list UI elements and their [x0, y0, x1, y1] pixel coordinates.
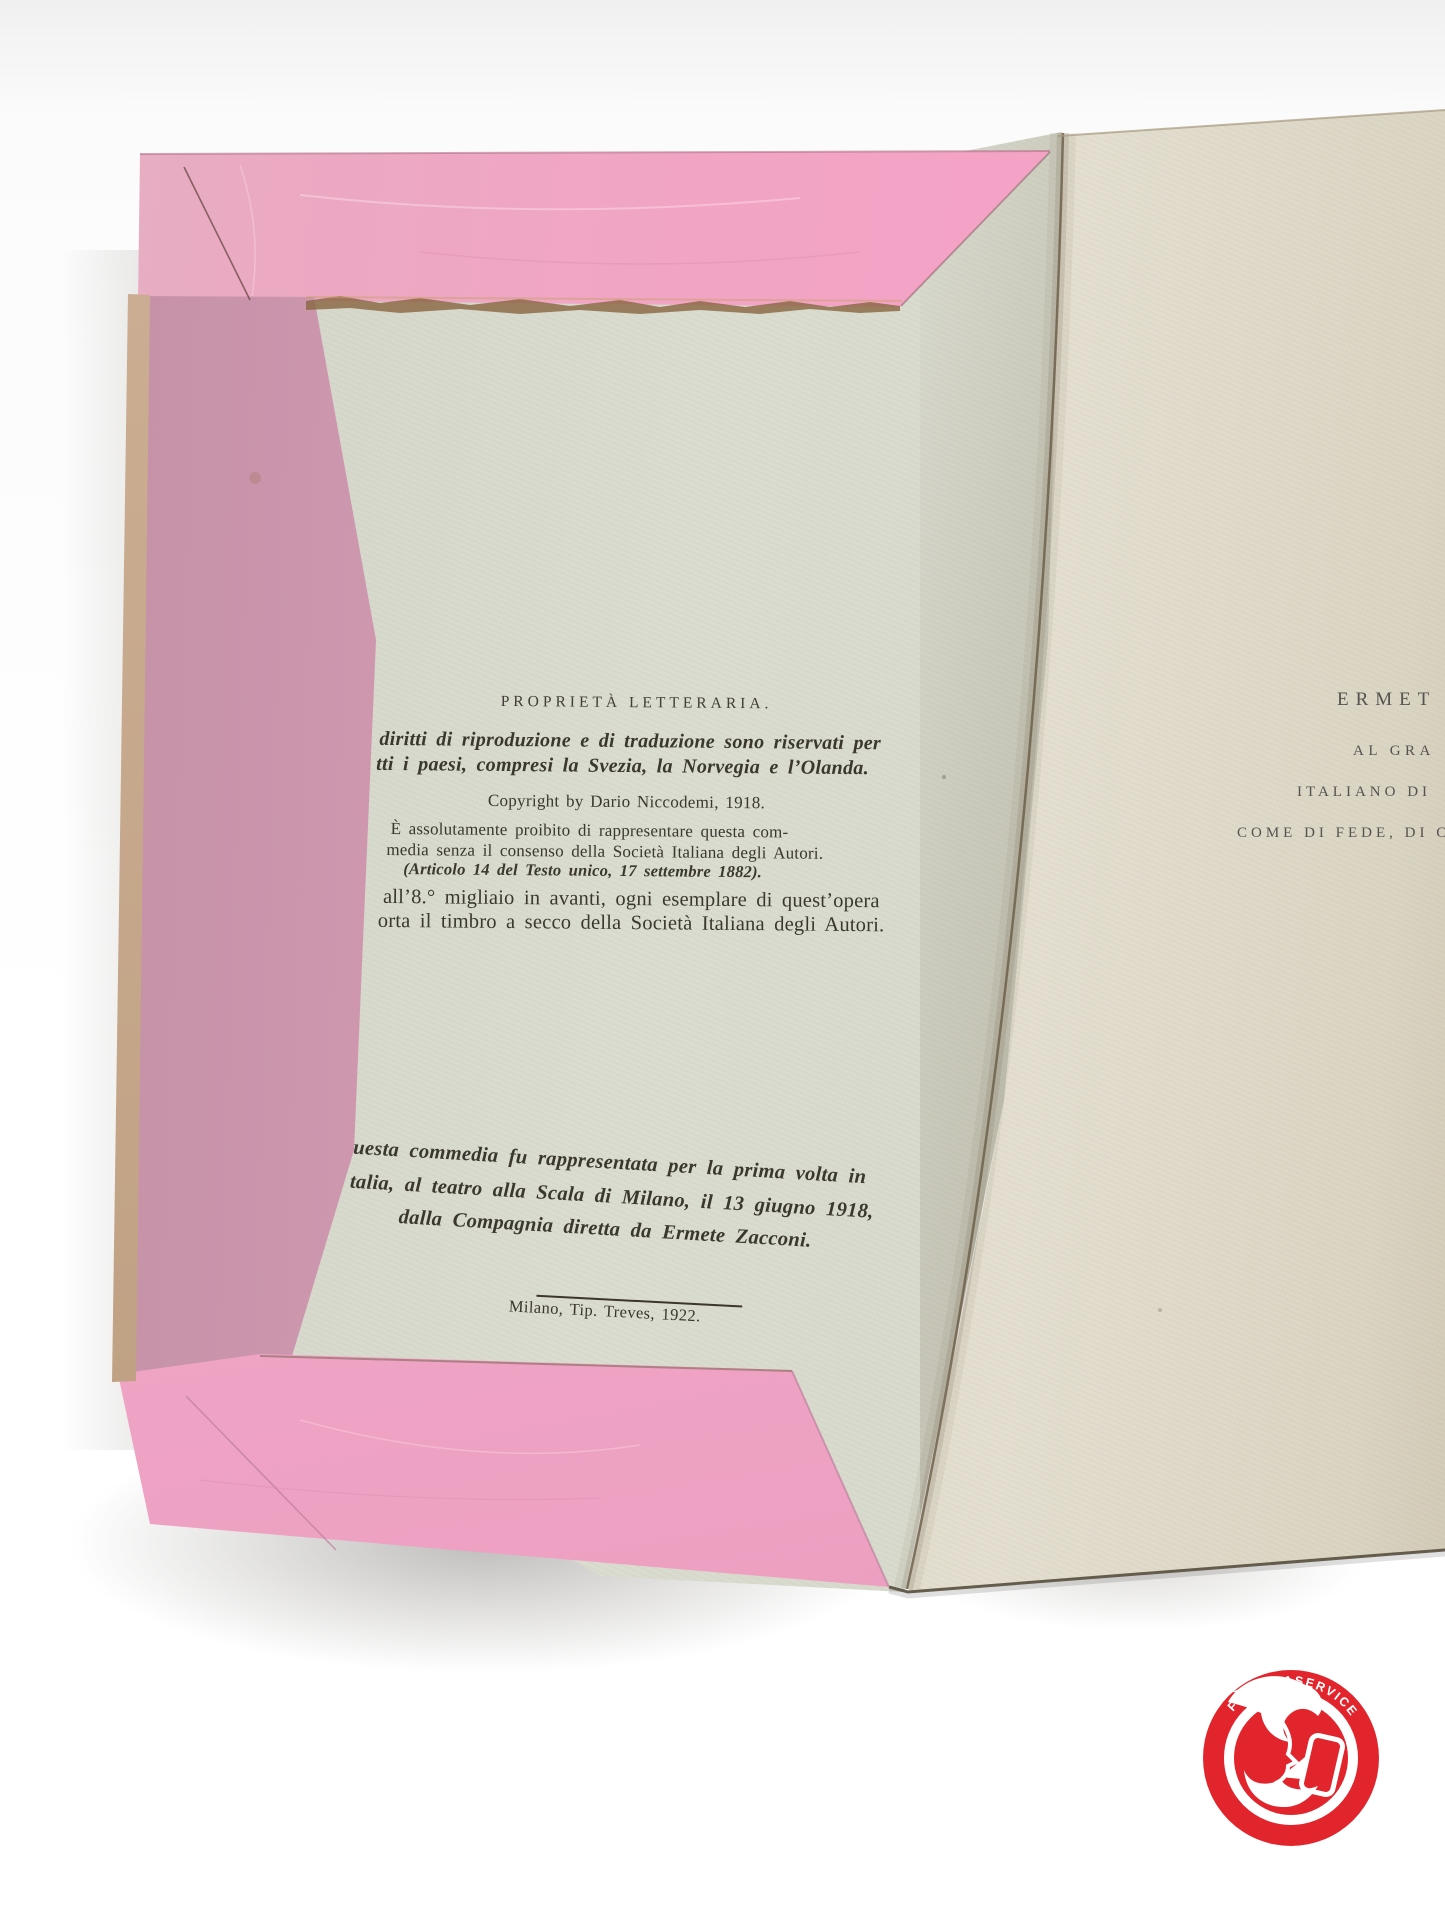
flap-top-diagonal-edge [901, 152, 1050, 306]
pages-bottom-edge-shadow [889, 1554, 1445, 1596]
gutter-line [907, 133, 1063, 1589]
wrinkle [300, 1420, 640, 1453]
wrinkle [420, 252, 860, 264]
singe-highlight [306, 297, 902, 301]
wrinkle [300, 195, 800, 209]
flap-bottom-diagonal-edge [792, 1371, 889, 1587]
book-photo: PROPRIETÀ LETTERARIA. diritti di riprodu… [0, 0, 1445, 1927]
pages-bottom-edge [889, 1550, 1445, 1592]
stain [942, 775, 946, 779]
top-left-fold-crease [184, 167, 250, 300]
bottom-left-fold-crease [186, 1396, 336, 1550]
cover-top-edge [140, 151, 1050, 154]
gutter-line [907, 133, 1063, 1589]
stain [1158, 1308, 1162, 1312]
photo-overlay: FRECCIASERVICE [0, 0, 1445, 1927]
page-bottom-boundary [260, 1356, 792, 1371]
wrinkle [200, 1480, 600, 1500]
stain [249, 472, 261, 484]
right-page-top-edge [1058, 110, 1445, 136]
frecciaservice-logo: FRECCIASERVICE [1203, 1670, 1379, 1846]
gutter-line [907, 133, 1063, 1589]
wrinkle [240, 165, 255, 296]
